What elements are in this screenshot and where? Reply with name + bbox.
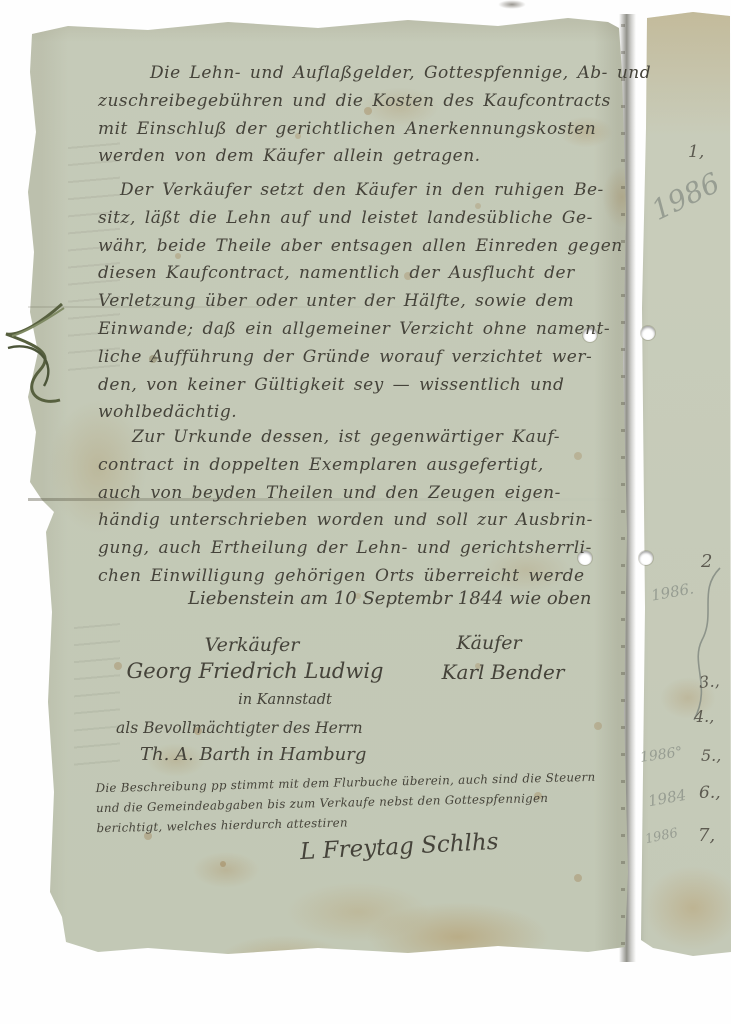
- text-line: contract in doppelten Exemplaren ausgefe…: [98, 452, 646, 480]
- paragraph-execution: Zur Urkunde dessen, ist gegenwärtiger Ka…: [98, 424, 646, 591]
- text-line: den, von keiner Gültigkeit sey — wissent…: [98, 372, 646, 400]
- margin-brace-icon: [686, 564, 728, 726]
- text-line: händig unterschrieben worden und soll zu…: [98, 507, 646, 535]
- text-line: Einwande; daß ein allgemeiner Verzicht o…: [98, 316, 646, 344]
- foxing-specks: [28, 12, 32, 16]
- text-line: gung, auch Ertheilung der Lehn- und geri…: [98, 535, 646, 563]
- text-line: auch von beyden Theilen und den Zeugen e…: [98, 480, 646, 508]
- text-line: Die Lehn- und Auflaßgelder, Gottespfenni…: [98, 60, 646, 88]
- seller-place: in Kannstadt: [215, 692, 355, 708]
- margin-number-7: 7,: [698, 825, 715, 846]
- margin-number-4: 4.,: [694, 707, 714, 726]
- adjacent-page-edge: [633, 8, 731, 960]
- attestation-note: Die Beschreibung pp stimmt mit dem Flurb…: [95, 766, 641, 838]
- text-line: zuschreibegebühren und die Kosten des Ka…: [98, 88, 646, 116]
- text-line: währ, beide Theile aber entsagen allen E…: [98, 233, 646, 261]
- text-line: werden von dem Käufer allein getragen.: [98, 143, 646, 171]
- margin-number-3: 3.,: [698, 671, 720, 692]
- text-line: Zur Urkunde dessen, ist gegenwärtiger Ka…: [98, 424, 646, 452]
- text-line: sitz, läßt die Lehn auf und leistet land…: [98, 205, 646, 233]
- proxy-line: als Bevollmächtigter des Herrn: [116, 719, 363, 737]
- margin-number-1: 1,: [688, 142, 704, 162]
- binding-thread-icon: [0, 292, 96, 432]
- dateline: Liebenstein am 10 Septembr 1844 wie oben: [188, 588, 591, 609]
- proxy-principal: Th. A. Barth in Hamburg: [140, 744, 366, 765]
- buyer-label: Käufer: [434, 632, 544, 654]
- margin-number-6: 6.,: [699, 783, 721, 803]
- scanned-document: Die Lehn- und Auflaßgelder, Gottespfenni…: [0, 0, 731, 1024]
- text-line: diesen Kaufcontract, namentlich der Ausf…: [98, 260, 646, 288]
- edge-smudge: [498, 0, 526, 9]
- seller-signature: Georg Friedrich Ludwig: [120, 659, 390, 683]
- text-line: Verletzung über oder unter der Hälfte, s…: [98, 288, 646, 316]
- ink-bleedthrough: [74, 612, 120, 772]
- text-line: wohlbedächtig.: [98, 399, 646, 427]
- text-line: mit Einschluß der gerichtlichen Anerkenn…: [98, 116, 646, 144]
- text-line: chen Einwilligung gehörigen Orts überrei…: [98, 563, 646, 591]
- paragraph-warranty: Der Verkäufer setzt den Käufer in den ru…: [98, 177, 646, 427]
- margin-number-5: 5.,: [701, 746, 721, 765]
- seller-label: Verkäufer: [172, 634, 332, 656]
- text-line: liche Aufführung der Gründe worauf verzi…: [98, 344, 646, 372]
- buyer-signature: Karl Bender: [418, 660, 588, 684]
- text-line: Der Verkäufer setzt den Käufer in den ru…: [98, 177, 646, 205]
- paragraph-fees: Die Lehn- und Auflaßgelder, Gottespfenni…: [98, 60, 646, 171]
